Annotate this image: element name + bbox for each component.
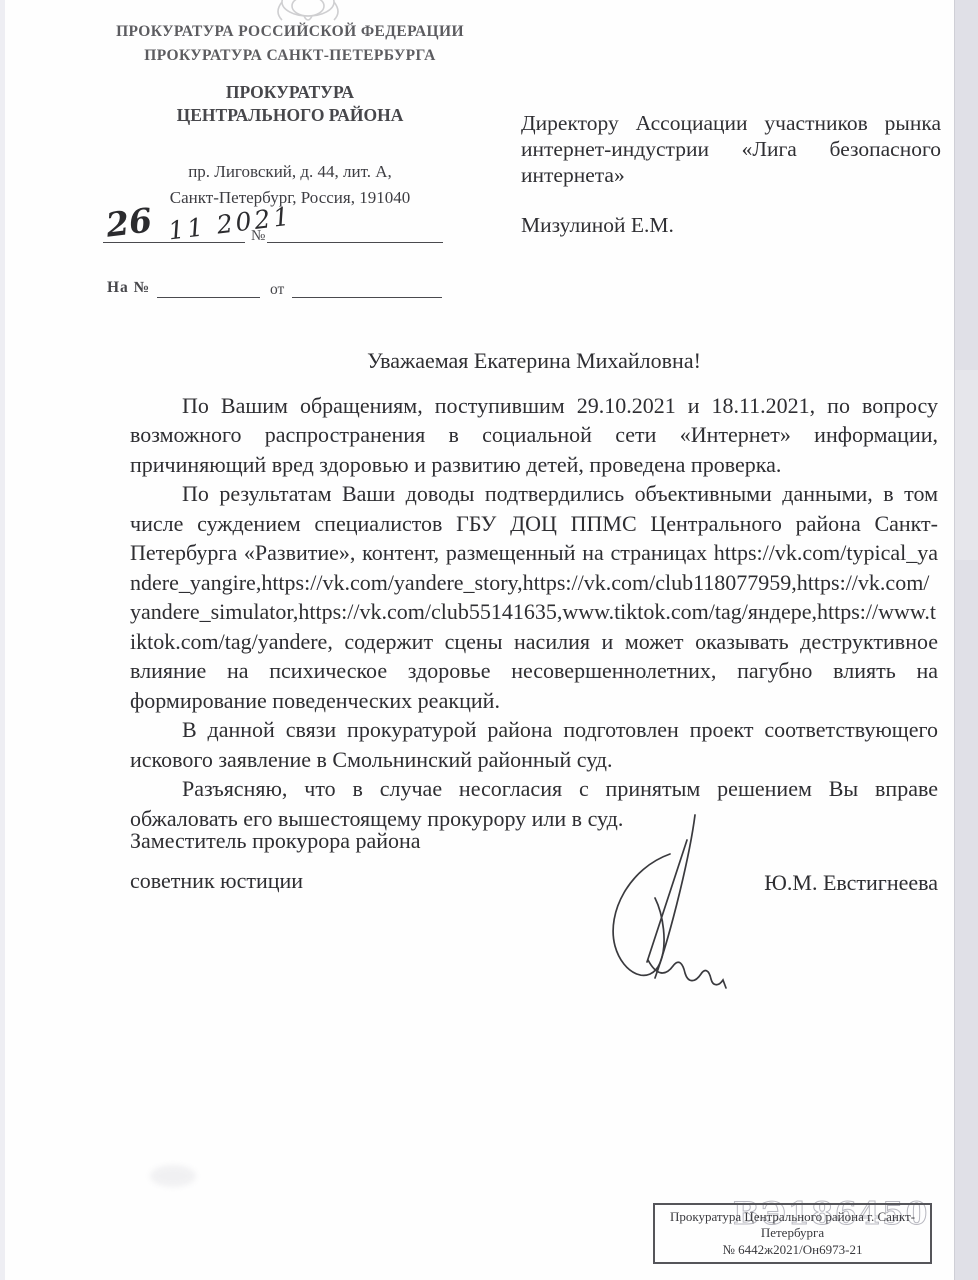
- addressee-line: интернета»: [521, 162, 941, 188]
- letterhead: ПРОКУРАТУРА РОССИЙСКОЙ ФЕДЕРАЦИИ ПРОКУРА…: [85, 20, 495, 211]
- number-underline: [267, 241, 443, 243]
- stamp-org-line2: Петербурга: [655, 1225, 930, 1242]
- scan-edge-segment: [955, 0, 978, 370]
- addressee-line: интернет-индустрии «Лига безопасного: [521, 136, 941, 162]
- paragraph-2: По результатам Ваши доводы подтвердились…: [130, 479, 938, 715]
- letter-body: Уважаемая Екатерина Михайловна! По Вашим…: [130, 346, 938, 833]
- paragraph-3: В данной связи прокуратурой района подго…: [130, 715, 938, 774]
- paragraph-4: Разъясняю, что в случае несогласия с при…: [130, 774, 938, 833]
- letterhead-org-federation: ПРОКУРАТУРА РОССИЙСКОЙ ФЕДЕРАЦИИ: [85, 20, 495, 44]
- scan-edge-segment: [955, 560, 978, 1280]
- addressee-name: Мизулиной Е.М.: [521, 212, 941, 238]
- scan-smudge: [150, 1165, 196, 1187]
- letterhead-org-district-2: ЦЕНТРАЛЬНОГО РАЙОНА: [85, 104, 495, 127]
- signer-position-line1: Заместитель прокурора района: [130, 828, 421, 854]
- stamp-org-line: Прокуратура Центрального района г. Санкт…: [655, 1209, 930, 1226]
- salutation: Уважаемая Екатерина Михайловна!: [130, 346, 938, 376]
- letterhead-org-city: ПРОКУРАТУРА САНКТ-ПЕТЕРБУРГА: [85, 44, 495, 68]
- scan-edge-left: [0, 0, 5, 1280]
- handwritten-signature: [598, 812, 748, 997]
- signature-titles: Заместитель прокурора района советник юс…: [130, 828, 421, 894]
- stamp-number: № 6442ж2021/Он6973-21: [655, 1242, 930, 1259]
- scanned-letter-page: ПРОКУРАТУРА РОССИЙСКОЙ ФЕДЕРАЦИИ ПРОКУРА…: [0, 0, 978, 1280]
- registration-stamp: Прокуратура Центрального района г. Санкт…: [653, 1203, 932, 1264]
- letterhead-street: пр. Лиговский, д. 44, лит. А,: [85, 159, 495, 185]
- reply-from-label: от: [270, 281, 284, 299]
- addressee-block: Директору Ассоциации участников рынка ин…: [521, 110, 941, 238]
- reply-to-label: На №: [107, 279, 150, 297]
- date-underline: [103, 241, 245, 243]
- paragraph-1: По Вашим обращениям, поступившим 29.10.2…: [130, 391, 938, 480]
- addressee-line: Директору Ассоциации участников рынка: [521, 110, 941, 136]
- reply-date-underline: [292, 296, 442, 298]
- signer-position-line2: советник юстиции: [130, 868, 421, 894]
- handwritten-date-day: 26: [104, 200, 154, 244]
- letterhead-org-district-1: ПРОКУРАТУРА: [85, 81, 495, 104]
- signer-name: Ю.М. Евстигнеева: [745, 870, 938, 896]
- number-label: №: [251, 228, 265, 245]
- scan-edge-right: [954, 0, 978, 1280]
- reply-number-underline: [157, 296, 260, 298]
